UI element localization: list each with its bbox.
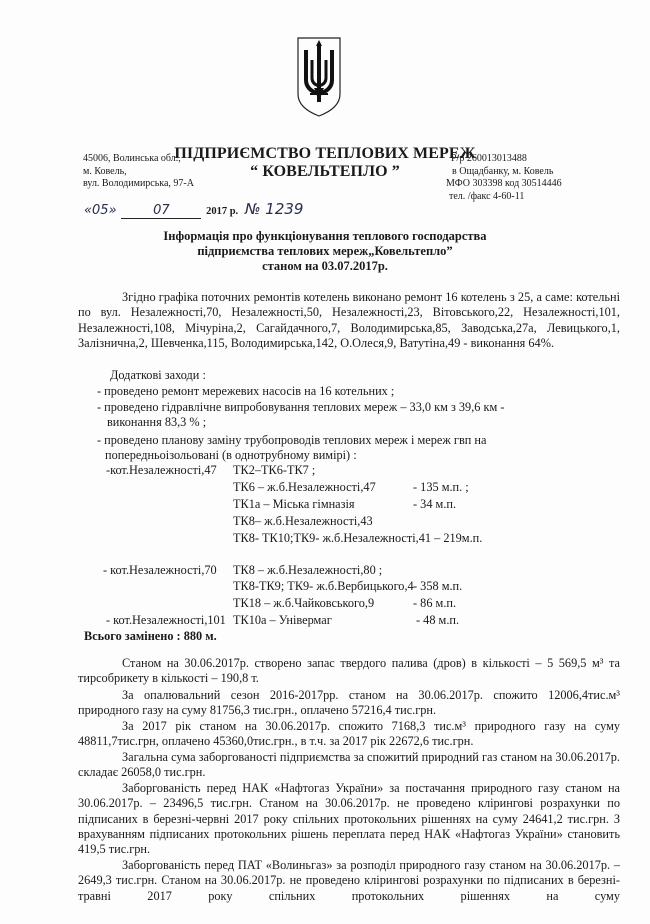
address-line-3: вул. Володимирська, 97-А	[83, 178, 194, 191]
measure-item-2-continued: виконання 83,3 % ;	[107, 415, 206, 430]
boiler-label: - кот.Незалежності,70	[103, 563, 217, 578]
route-line: ТК18 – ж.б.Чайковського,9	[233, 596, 374, 611]
route-line: ТК8- ТК10;ТК9- ж.б.Незалежності,41 – 219…	[233, 531, 482, 546]
measure-item-3-continued: попередньоізольовані (в однотрубному вим…	[105, 448, 357, 463]
year-gas-paragraph: За 2017 рік станом на 30.06.2017р. спожи…	[78, 719, 620, 750]
debt-total-paragraph: Загальна сума заборгованості підприємств…	[78, 750, 620, 781]
measure-item-3: - проведено планову заміну трубопроводів…	[97, 433, 486, 448]
boiler-label: - кот.Незалежності,101	[106, 613, 226, 628]
document-title-line2: підприємства теплових мереж„Ковельтепло”	[0, 244, 650, 259]
address-line-1: 45006, Волинська обл.,	[83, 153, 194, 166]
route-line: ТК1а – Міська гімназія	[233, 497, 355, 512]
bank-phone: тел. /факс 4-60-11	[446, 191, 562, 204]
route-length: - 135 м.п. ;	[413, 480, 469, 495]
volyngaz-debt-paragraph: Заборгованість перед ПАТ «Волиньгаз» за …	[78, 858, 620, 904]
naftogaz-debt-paragraph: Заборгованість перед НАК «Нафтогаз Украї…	[78, 781, 620, 857]
measure-item-1: - проведено ремонт мережевих насосів на …	[97, 384, 394, 399]
repairs-paragraph: Згідно графіка поточних ремонтів котелен…	[78, 290, 620, 351]
document-title-line1: Інформація про функціонування теплового …	[0, 229, 650, 244]
outgoing-date-number: «05» 07 2017 р. № 1239	[84, 200, 303, 219]
fuel-stock-paragraph: Станом на 30.06.2017р. створено запас тв…	[78, 656, 620, 687]
measure-item-2: - проведено гідравлічне випробовування т…	[97, 400, 504, 415]
bank-details-block: Р/р 260013013488 в Ощадбанку, м. Ковель …	[446, 153, 562, 203]
address-line-2: м. Ковель,	[83, 166, 194, 179]
address-block: 45006, Волинська обл., м. Ковель, вул. В…	[83, 153, 194, 191]
scanned-letter-page: ПІДПРИЄМСТВО ТЕПЛОВИХ МЕРЕЖ “ КОВЕЛЬТЕПЛ…	[0, 0, 650, 924]
ukraine-trident-emblem-icon	[294, 36, 344, 118]
route-line: ТК8 – ж.б.Незалежності,80 ;	[233, 563, 382, 578]
route-length: - 48 м.п.	[416, 613, 459, 628]
bank-name: в Ощадбанку, м. Ковель	[446, 166, 562, 179]
outgoing-day: «05»	[84, 203, 117, 218]
route-line: ТК2–ТК6-ТК7 ;	[233, 463, 315, 478]
season-gas-paragraph: За опалювальний сезон 2016-2017рр. стано…	[78, 688, 620, 719]
bank-mfo-code: МФО 303398 код 30514446	[446, 178, 562, 191]
additional-measures-heading: Додаткові заходи :	[110, 368, 206, 383]
route-line: ТК8-ТК9; ТК9- ж.б.Вербицького,4	[233, 579, 414, 594]
outgoing-year: 2017 р.	[206, 206, 238, 217]
total-replaced: Всього замінено : 880 м.	[84, 629, 217, 644]
outgoing-number: № 1239	[245, 200, 304, 218]
route-line: ТК8– ж.б.Незалежності,43	[233, 514, 373, 529]
bank-account: Р/р 260013013488	[446, 153, 562, 166]
document-title-line3: станом на 03.07.2017р.	[0, 259, 650, 274]
outgoing-month-field: 07	[121, 203, 201, 219]
boiler-label: -кот.Незалежності,47	[106, 463, 217, 478]
route-line: ТК6 – ж.б.Незалежності,47	[233, 480, 376, 495]
route-length: - 34 м.п.	[413, 497, 456, 512]
route-length: - 86 м.п.	[413, 596, 456, 611]
route-length: - 358 м.п.	[413, 579, 462, 594]
route-line: ТК10а – Універмаг	[233, 613, 332, 628]
outgoing-month: 07	[153, 203, 170, 218]
